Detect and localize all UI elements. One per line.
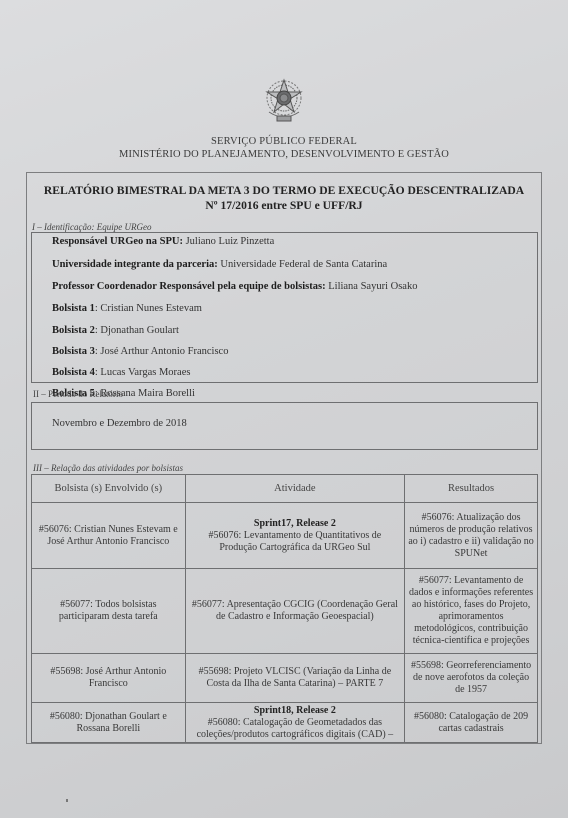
period-value: Novembro e Dezembro de 2018 <box>52 418 187 429</box>
id-row-bolsista-4: Bolsista 4: Lucas Vargas Moraes <box>52 367 190 378</box>
report-title: RELATÓRIO BIMESTRAL DA META 3 DO TERMO D… <box>26 183 542 213</box>
cell-atividade: Sprint17, Release 2 #56076: Levantamento… <box>185 503 404 569</box>
brazil-coat-of-arms-icon <box>261 76 307 126</box>
atividade-text: #56080: Catalogação de Geometadados das … <box>197 717 394 740</box>
column-header-atividade: Atividade <box>185 475 404 503</box>
cell-bolsistas: #55698: José Arthur Antonio Francisco <box>32 654 186 703</box>
paper-speck <box>66 799 68 802</box>
cell-resultados: #56077: Levantamento de dados e informaç… <box>405 569 538 654</box>
header-service-name: SERVIÇO PÚBLICO FEDERAL <box>0 136 568 147</box>
cell-bolsistas: #56076: Cristian Nunes Estevam e José Ar… <box>32 503 186 569</box>
cell-atividade: #55698: Projeto VLCISC (Variação da Linh… <box>185 654 404 703</box>
id-row-bolsista-3: Bolsista 3: José Arthur Antonio Francisc… <box>52 346 228 357</box>
section-identification-label: I – Identificação: Equipe URGeo <box>32 222 151 232</box>
report-title-line2: Nº 17/2016 entre SPU e UFF/RJ <box>26 198 542 213</box>
cell-resultados: #56076: Atualização dos números de produ… <box>405 503 538 569</box>
table-row: #56080: Djonathan Goulart e Rossana Bore… <box>32 703 538 743</box>
id-label: Responsável URGeo na SPU: <box>52 236 183 247</box>
id-row-responsavel: Responsável URGeo na SPU: Juliano Luiz P… <box>52 236 274 247</box>
activities-table: Bolsista (s) Envolvido (s) Atividade Res… <box>31 474 538 743</box>
id-label: Bolsista 4 <box>52 367 95 378</box>
section-period-label: II – Período do Relatório <box>33 389 123 399</box>
document-page: SERVIÇO PÚBLICO FEDERAL MINISTÉRIO DO PL… <box>0 0 568 818</box>
id-label: Bolsista 2 <box>52 325 95 336</box>
atividade-text: #55698: Projeto VLCISC (Variação da Linh… <box>199 666 392 689</box>
report-title-line1: RELATÓRIO BIMESTRAL DA META 3 DO TERMO D… <box>26 183 542 198</box>
id-value: : Cristian Nunes Estevam <box>95 303 202 314</box>
atividade-text: #56076: Levantamento de Quantitativos de… <box>209 530 382 553</box>
atividade-text: #56077: Apresentação CGCIG (Coordenação … <box>192 599 398 622</box>
table-header-row: Bolsista (s) Envolvido (s) Atividade Res… <box>32 475 538 503</box>
sprint-label: Sprint17, Release 2 <box>189 518 401 530</box>
cell-atividade: Sprint18, Release 2 #56080: Catalogação … <box>185 703 404 743</box>
cell-resultados: #56080: Catalogação de 209 cartas cadast… <box>405 703 538 743</box>
table-row: #55698: José Arthur Antonio Francisco #5… <box>32 654 538 703</box>
id-value: : Djonathan Goulart <box>95 325 179 336</box>
column-header-resultados: Resultados <box>405 475 538 503</box>
header-ministry-name: MINISTÉRIO DO PLANEJAMENTO, DESENVOLVIME… <box>0 149 568 160</box>
id-label: Bolsista 3 <box>52 346 95 357</box>
id-row-bolsista-2: Bolsista 2: Djonathan Goulart <box>52 325 179 336</box>
id-row-universidade: Universidade integrante da parceria: Uni… <box>52 259 387 270</box>
id-value: : Lucas Vargas Moraes <box>95 367 191 378</box>
id-value: Juliano Luiz Pinzetta <box>183 236 274 247</box>
id-row-professor: Professor Coordenador Responsável pela e… <box>52 281 417 292</box>
sprint-label: Sprint18, Release 2 <box>189 705 401 717</box>
table-row: #56077: Todos bolsistas participaram des… <box>32 569 538 654</box>
cell-bolsistas: #56080: Djonathan Goulart e Rossana Bore… <box>32 703 186 743</box>
section-activities-label: III – Relação das atividades por bolsist… <box>33 463 183 473</box>
id-value: Universidade Federal de Santa Catarina <box>218 259 387 270</box>
cell-bolsistas: #56077: Todos bolsistas participaram des… <box>32 569 186 654</box>
id-label: Professor Coordenador Responsável pela e… <box>52 281 326 292</box>
id-value: Liliana Sayuri Osako <box>326 281 418 292</box>
column-header-bolsistas: Bolsista (s) Envolvido (s) <box>32 475 186 503</box>
id-row-bolsista-1: Bolsista 1: Cristian Nunes Estevam <box>52 303 202 314</box>
id-label: Universidade integrante da parceria: <box>52 259 218 270</box>
id-value: : José Arthur Antonio Francisco <box>95 346 229 357</box>
table-row: #56076: Cristian Nunes Estevam e José Ar… <box>32 503 538 569</box>
id-label: Bolsista 1 <box>52 303 95 314</box>
cell-resultados: #55698: Georreferenciamento de nove aero… <box>405 654 538 703</box>
cell-atividade: #56077: Apresentação CGCIG (Coordenação … <box>185 569 404 654</box>
